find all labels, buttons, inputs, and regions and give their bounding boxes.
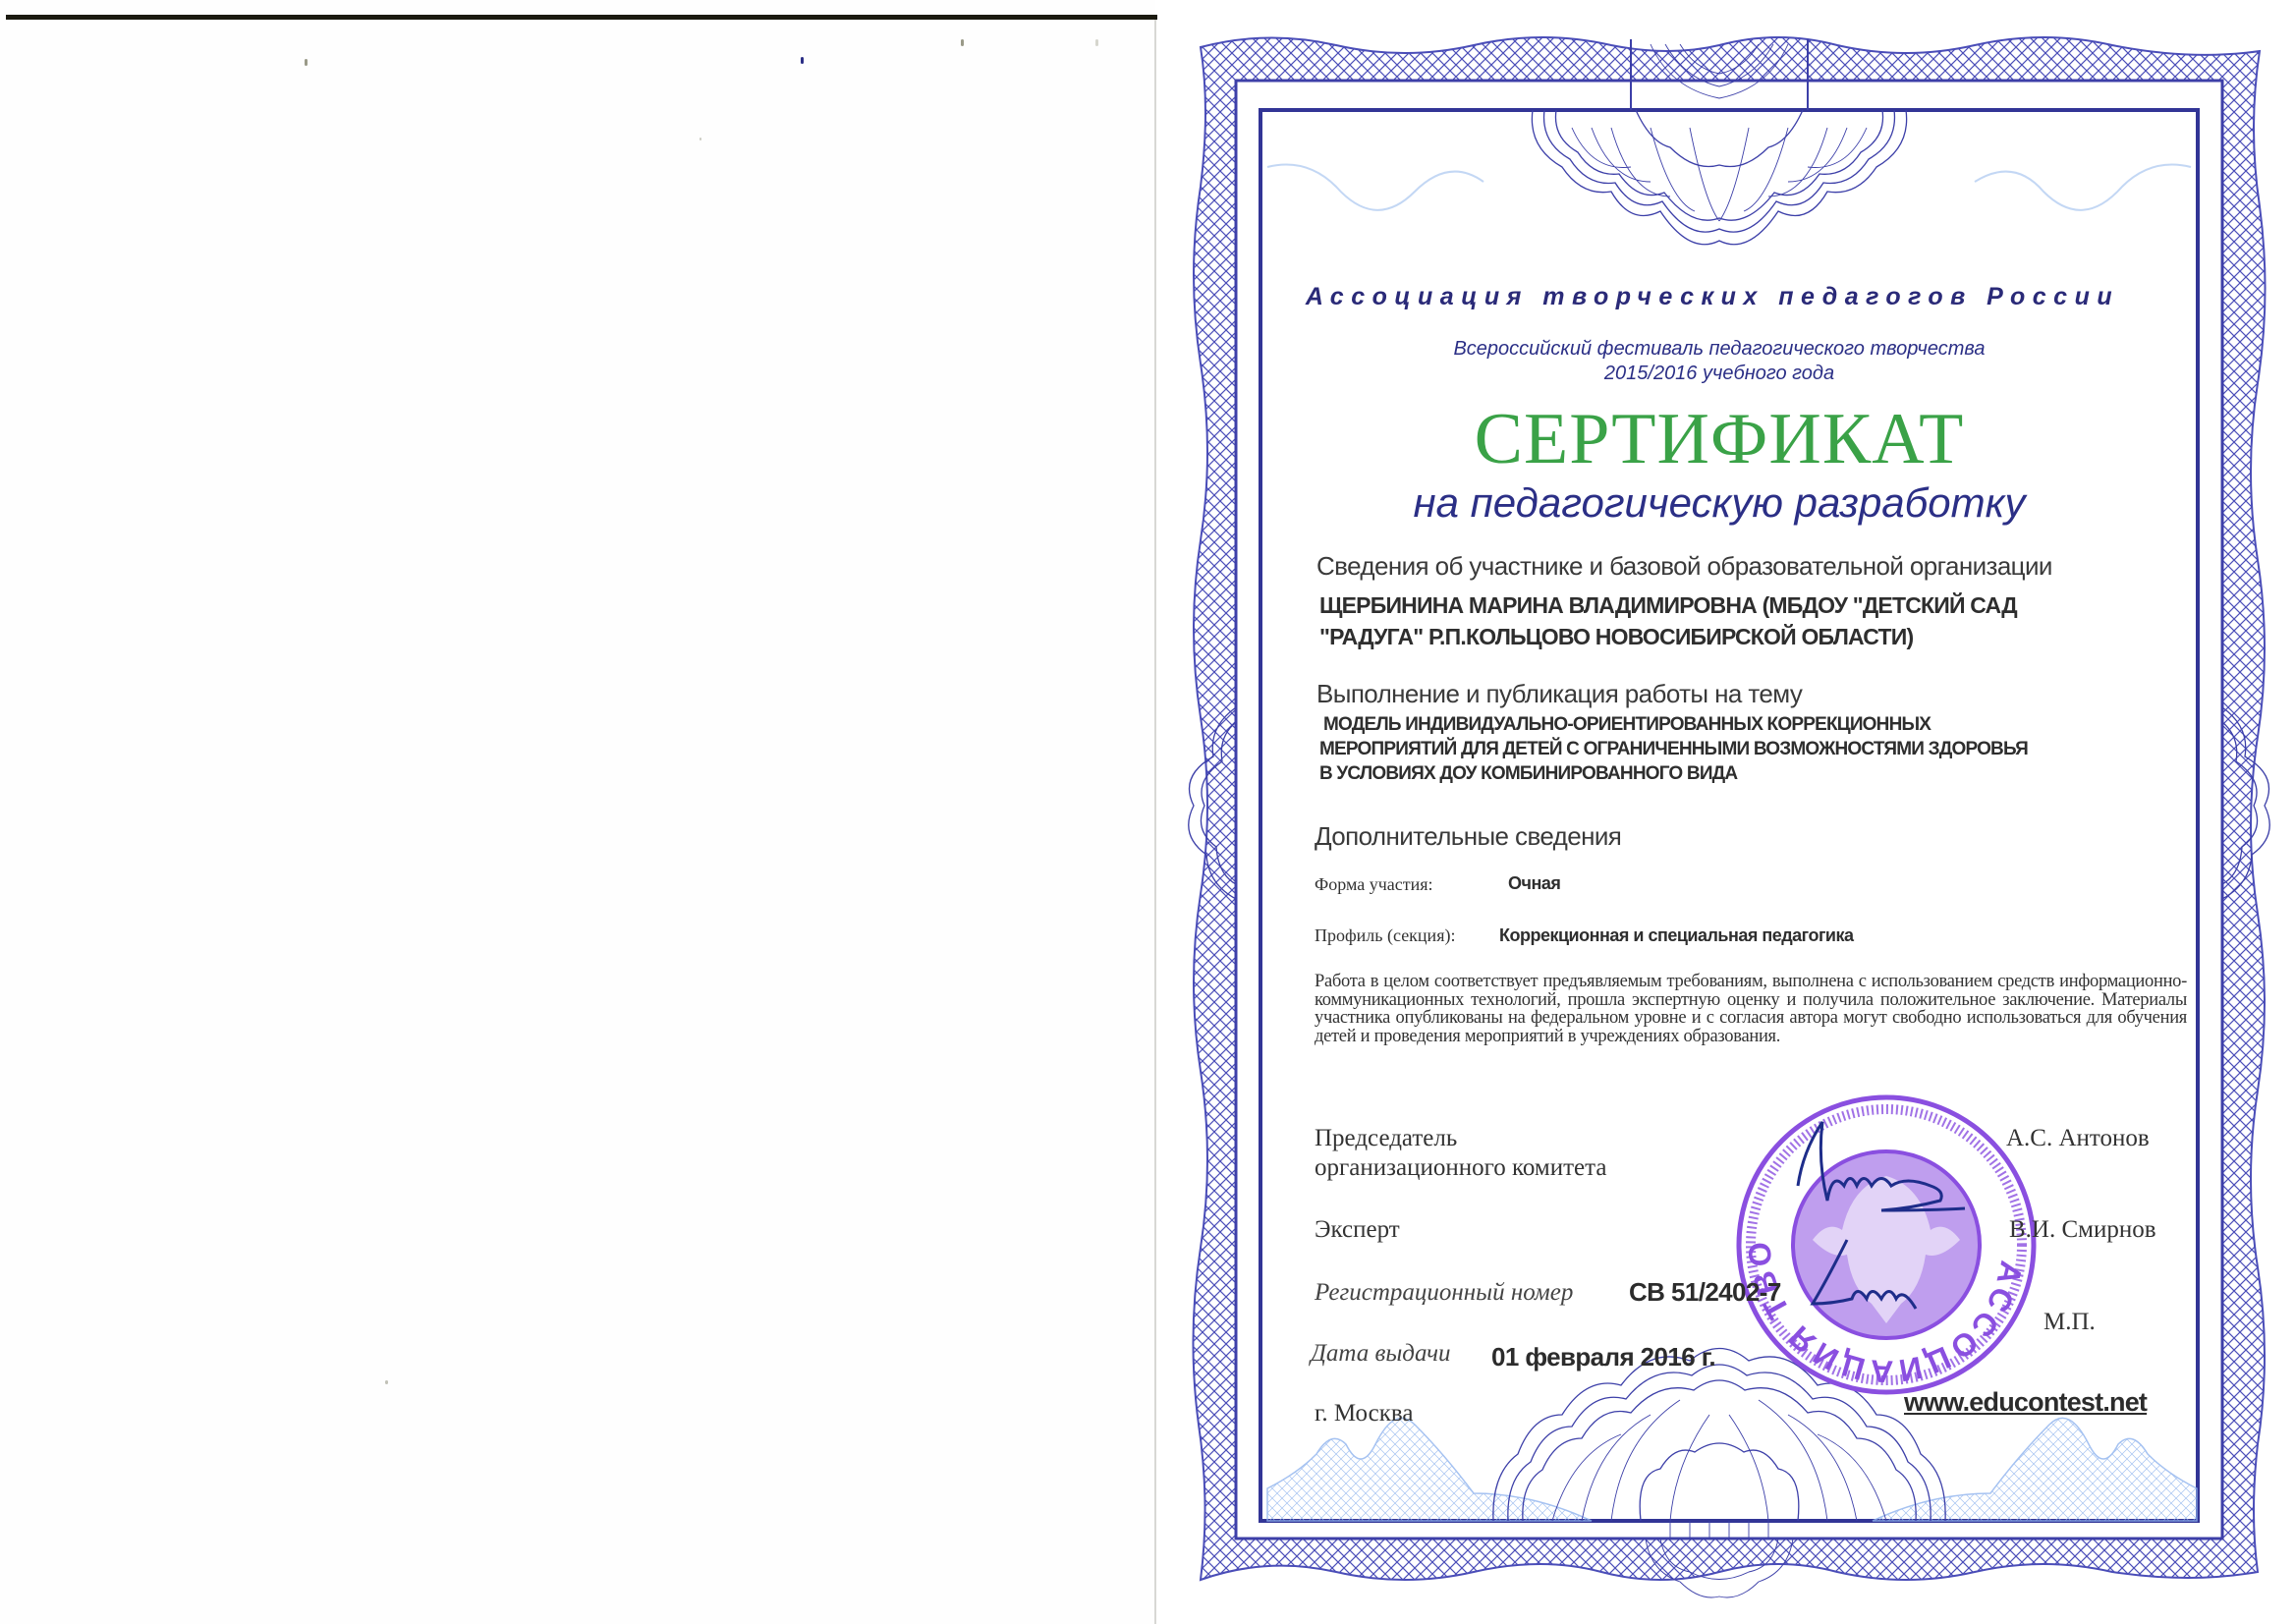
participant-heading: Сведения об участнике и базовой образова… xyxy=(1316,551,2052,582)
association-name: Ассоциация творческих педагогов России xyxy=(1290,283,2135,311)
additional-heading: Дополнительные сведения xyxy=(1315,821,1621,852)
work-topic-line-3: В УСЛОВИЯХ ДОУ КОМБИНИРОВАННОГО ВИДА xyxy=(1319,761,2028,786)
festival-line-1: Всероссийский фестиваль педагогического … xyxy=(1277,337,2161,362)
participant-line-1: ЩЕРБИНИНА МАРИНА ВЛАДИМИРОВНА (МБДОУ "ДЕ… xyxy=(1319,589,2017,621)
profile-label: Профиль (секция): xyxy=(1315,925,1455,946)
certificate-subtitle: на педагогическую разработку xyxy=(1277,479,2161,527)
work-topic: МОДЕЛЬ ИНДИВИДУАЛЬНО-ОРИЕНТИРОВАННЫХ КОР… xyxy=(1319,712,2028,786)
festival-name: Всероссийский фестиваль педагогического … xyxy=(1277,337,2161,386)
participant-name: ЩЕРБИНИНА МАРИНА ВЛАДИМИРОВНА (МБДОУ "ДЕ… xyxy=(1319,589,2017,652)
form-label: Форма участия: xyxy=(1315,874,1433,895)
participant-line-2: "РАДУГА" Р.П.КОЛЬЦОВО НОВОСИБИРСКОЙ ОБЛА… xyxy=(1319,621,2017,652)
website-link[interactable]: www.educontest.net xyxy=(1904,1387,2147,1418)
chair-label-1: Председатель xyxy=(1315,1125,1457,1152)
work-topic-line-2: МЕРОПРИЯТИЙ ДЛЯ ДЕТЕЙ С ОГРАНИЧЕННЫМИ ВО… xyxy=(1319,737,2028,761)
issue-date-label: Дата выдачи xyxy=(1311,1340,1451,1368)
registration-number: СВ 51/2402-7 xyxy=(1629,1277,1781,1308)
festival-line-2: 2015/2016 учебного года xyxy=(1277,362,2161,386)
expert-name: В.И. Смирнов xyxy=(2009,1216,2156,1244)
work-heading: Выполнение и публикация работы на тему xyxy=(1316,679,1802,709)
work-topic-line-1: МОДЕЛЬ ИНДИВИДУАЛЬНО-ОРИЕНТИРОВАННЫХ КОР… xyxy=(1319,712,2028,737)
chair-label-2: организационного комитета xyxy=(1315,1154,1606,1182)
seal-label: М.П. xyxy=(2043,1309,2096,1336)
form-value: Очная xyxy=(1508,873,1560,894)
city: г. Москва xyxy=(1315,1400,1413,1428)
issue-date-value: 01 февраля 2016 г. xyxy=(1491,1342,1715,1372)
registration-label: Регистрационный номер xyxy=(1315,1279,1573,1307)
chair-name: А.С. Антонов xyxy=(2006,1125,2150,1152)
expert-label: Эксперт xyxy=(1315,1216,1400,1244)
profile-value: Коррекционная и специальная педагогика xyxy=(1499,925,1854,946)
conclusion-paragraph: Работа в целом соответствует предъявляем… xyxy=(1315,973,2187,1045)
official-seal: АССОЦИАЦИЯ ТВОРЧЕСКИХ ПЕДАГОГОВ РОССИИ xyxy=(1734,1092,2039,1397)
certificate-title: СЕРТИФИКАТ xyxy=(1277,398,2161,481)
